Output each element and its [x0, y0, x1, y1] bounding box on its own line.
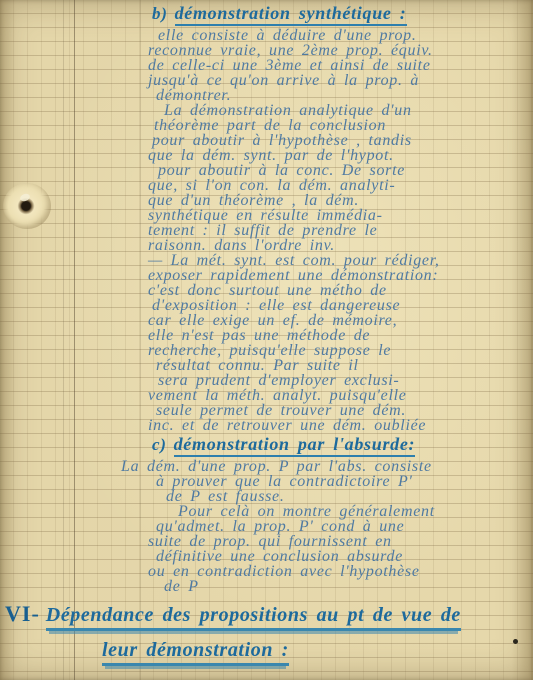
- manuscript-line: pour aboutir à l'hypothèse , tandis: [148, 133, 533, 148]
- manuscript-column: b)démonstration synthétique : elle consi…: [148, 2, 533, 594]
- manuscript-line: car elle exige un ef. de mémoire,: [148, 313, 533, 328]
- manuscript-line: pour aboutir à la conc. De sorte: [148, 163, 533, 178]
- manuscript-line: à prouver que la contradictoire P': [148, 474, 533, 489]
- manuscript-line: que d'un théorème , la dém.: [148, 193, 533, 208]
- manuscript-line: La dém. d'une prop. P par l'abs. consist…: [148, 459, 533, 474]
- manuscript-line: — La mét. synt. est com. pour rédiger,: [148, 253, 533, 268]
- manuscript-line: recherche, puisqu'elle suppose le: [148, 343, 533, 358]
- notebook-page: b)démonstration synthétique : elle consi…: [0, 0, 533, 680]
- section-c-title: démonstration par l'absurde:: [174, 434, 416, 457]
- manuscript-line: elle n'est pas une méthode de: [148, 328, 533, 343]
- section-c-heading: c)démonstration par l'absurde:: [148, 434, 533, 456]
- manuscript-line: inc. et de retrouver une dém. oubliée: [148, 418, 533, 433]
- manuscript-line: que, si l'on con. la dém. analyti-: [148, 178, 533, 193]
- manuscript-line: tement : il suffit de prendre le: [148, 223, 533, 238]
- manuscript-line: vement la méth. analyt. puisqu'elle: [148, 388, 533, 403]
- manuscript-line: ou en contradiction avec l'hypothèse: [148, 564, 533, 579]
- manuscript-line: seule permet de trouver une dém.: [148, 403, 533, 418]
- inner-edge-line: [63, 0, 64, 680]
- binder-hole: [3, 183, 51, 229]
- manuscript-line: définitive une conclusion absurde: [148, 549, 533, 564]
- manuscript-line: démontrer.: [148, 88, 533, 103]
- manuscript-line: théorème part de la conclusion: [148, 118, 533, 133]
- manuscript-line: jusqu'à ce qu'on arrive à la prop. à: [148, 73, 533, 88]
- section-c-body: La dém. d'une prop. P par l'abs. consist…: [148, 459, 533, 594]
- manuscript-line: raisonn. dans l'ordre inv.: [148, 238, 533, 253]
- manuscript-line: sera prudent d'employer exclusi-: [148, 373, 533, 388]
- chapter-vi-heading: VI-Dépendance des propositions au pt de …: [5, 601, 533, 673]
- chapter-vi-title-text2: leur démonstration :: [102, 639, 289, 666]
- manuscript-line: c'est donc surtout une métho de: [148, 283, 533, 298]
- chapter-vi-marker: VI-: [5, 601, 40, 626]
- chapter-vi-title-text1: Dépendance des propositions au pt de vue…: [46, 604, 461, 631]
- section-b-marker: b): [152, 4, 168, 23]
- manuscript-line: exposer rapidement une démonstration:: [148, 268, 533, 283]
- manuscript-line: reconnue vraie, une 2ème prop. équiv.: [148, 43, 533, 58]
- crease-line: [140, 0, 141, 680]
- section-b-body: elle consiste à déduire d'une prop.recon…: [148, 28, 533, 433]
- manuscript-line: de P: [148, 579, 533, 594]
- manuscript-line: elle consiste à déduire d'une prop.: [148, 28, 533, 43]
- manuscript-line: Pour celà on montre généralement: [148, 504, 533, 519]
- manuscript-line: suite de prop. qui fournissent en: [148, 534, 533, 549]
- chapter-vi-title-line1: VI-Dépendance des propositions au pt de …: [5, 601, 533, 639]
- manuscript-line: de celle-ci une 3ème et ainsi de suite: [148, 58, 533, 73]
- manuscript-line: synthétique en résulte immédia-: [148, 208, 533, 223]
- manuscript-line: que la dém. synt. par de l'hypot.: [148, 148, 533, 163]
- section-b-heading: b)démonstration synthétique :: [148, 3, 533, 25]
- manuscript-line: d'exposition : elle est dangereuse: [148, 298, 533, 313]
- section-c-marker: c): [152, 435, 167, 454]
- section-b-title: démonstration synthétique :: [175, 3, 407, 26]
- manuscript-line: qu'admet. la prop. P' cond à une: [148, 519, 533, 534]
- margin-line: [74, 0, 75, 680]
- manuscript-line: de P est fausse.: [148, 489, 533, 504]
- chapter-vi-title-line2: leur démonstration :: [102, 639, 533, 673]
- manuscript-line: résultat connu. Par suite il: [148, 358, 533, 373]
- manuscript-line: La démonstration analytique d'un: [148, 103, 533, 118]
